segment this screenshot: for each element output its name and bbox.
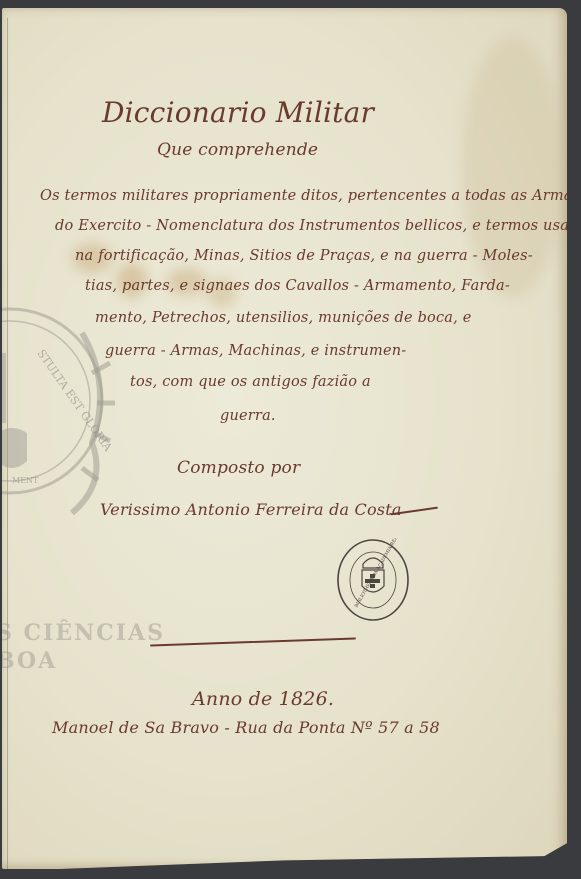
body-line: do Exercito - Nomenclatura dos Instrumen… — [55, 218, 581, 234]
separator-rule — [150, 637, 356, 646]
owner-address-note: Manoel de Sa Bravo - Rua da Ponta Nº 57 … — [52, 718, 440, 737]
body-line: tias, partes, e signaes dos Cavallos - A… — [85, 278, 510, 294]
library-stamp: BIBLIOTHECA DA ACADEMIA REAL DAS SCIENCI… — [335, 538, 411, 622]
body-line: na fortificação, Minas, Sitios de Praças… — [75, 248, 533, 264]
academy-seal-watermark: STULTA EST GLORIA MENT — [0, 293, 117, 523]
watermark-text-line1: S CIÊNCIAS — [0, 620, 165, 646]
body-line: Os termos militares propriamente ditos, … — [40, 188, 580, 204]
body-line: tos, com que os antigos fazião a — [130, 374, 371, 390]
author-name: Verissimo Antonio Ferreira da Costa — [100, 500, 402, 519]
document-subtitle: Que comprehende — [157, 140, 318, 160]
body-line: guerra - Armas, Machinas, e instrumen- — [105, 343, 406, 359]
document-title: Diccionario Militar — [102, 96, 374, 129]
composed-by-label: Composto por — [177, 458, 300, 478]
body-line: guerra. — [220, 408, 276, 424]
body-line: mento, Petrechos, utensilios, munições d… — [95, 310, 472, 326]
manuscript-page: STULTA EST GLORIA MENT S CIÊNCIAS BOA Di… — [2, 8, 567, 869]
watermark-text-line2: BOA — [0, 648, 57, 674]
year-line: Anno de 1826. — [192, 688, 334, 710]
svg-text:MENT: MENT — [12, 476, 39, 485]
